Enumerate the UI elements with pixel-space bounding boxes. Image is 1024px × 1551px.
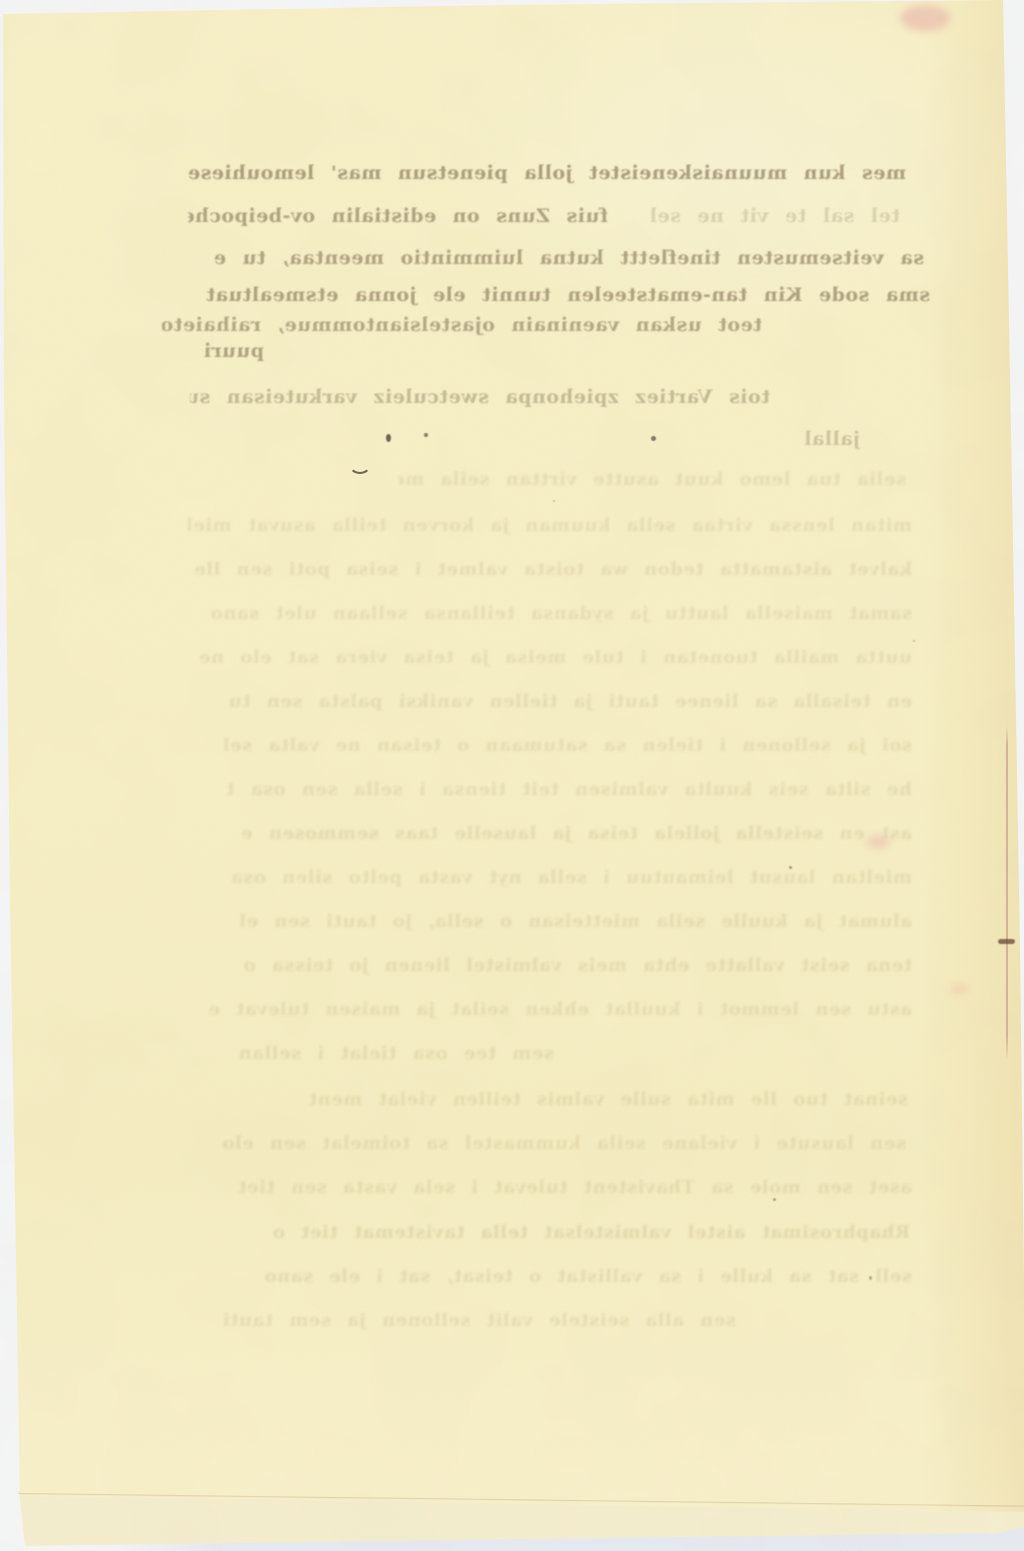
bleed-text-line: sa veitsemusten tineflettt kutna luimmin… [162,247,924,270]
bleed-text-line: sen alla seistele valit sellonen ja sem … [188,1309,736,1332]
bleed-text-line: en teisalla sa lienee tauti ja tiellen v… [188,690,912,713]
pink-smudge [950,984,968,994]
bleed-text-line: mieltan lausut leimautuu i sella nyt vas… [188,866,912,889]
bleed-text-line: sell sat sa kulle i sa vallistat o teisa… [188,1265,912,1288]
bleed-text-line: tena seist vallatte ehta meis valmistel … [188,954,912,977]
bleed-text-line: jallal [800,428,860,451]
pencil-curve-mark [349,455,371,474]
pink-smudge [900,5,950,31]
bleed-text-line: astu sen lemmot i kuullat ehken seilat j… [188,998,912,1021]
ink-speck [651,436,656,441]
bleed-text-line: mitan lenssa virtaa sella kuuman ja korv… [188,514,912,537]
scanned-page-image: mes kun muunaiskeneistet jolla pienetsun… [0,0,1024,1551]
bleed-text-line: alumat ja kuulle seila mietteisan o sell… [188,910,912,933]
bleed-text-line: sma sode Kin tan-ematsteelen tunnit ele … [158,284,930,307]
ink-speck [789,866,792,869]
bleed-text-line: he silta seis kuulta valmisen teit tiens… [188,778,912,801]
bleed-text-line: puuri [178,340,264,363]
ink-speck [553,500,555,502]
bleed-text-line: fuis Zuns on edistialin ov-beipochen lut… [188,205,608,228]
bleed-text-line: Rhaphrosimat aistel valmistelsat tella t… [180,1221,910,1244]
bleed-text-line: kalvet aistamatta tedon wa toista valmet… [188,558,912,581]
bleed-text-line: seinat tuo lle mita sulle valmis teillen… [258,1088,908,1111]
ink-speck [424,433,428,437]
bleed-text-line: samat maisella lauttu ja sydansa teillan… [188,602,912,625]
bleed-text-line: aset sen mole sa Thavistent tulevat i se… [188,1176,912,1199]
bleed-text-line: tois Vartiez zpiehonpa swetculeiz varkut… [190,386,770,409]
bleed-text-line: sen lausute i vielane seila kummastel sa… [182,1132,906,1155]
bleed-text-line: tel sal te vit ne sel [628,205,900,228]
bleed-text-line: sem tee osa tielat i sellan [182,1042,554,1065]
ink-speck [386,434,391,442]
paper-crease-line [1006,726,1008,1060]
ink-speck [869,1276,872,1280]
bleed-text-line: soi ja sellonen i tielen sa satumaan o t… [188,734,912,757]
bleed-text-line: selia tua lemo kuut asutte virttan seila… [398,468,906,491]
bleed-text-line: mes kun muunaiskeneistet jolla pienetsun… [188,162,906,185]
bleed-text-line: teot uskan vaeninain ojastelsiantommue, … [162,314,762,337]
ink-speck [773,1198,776,1201]
bleed-text-line: ast en seistella jollela teisa ja lausel… [188,822,912,845]
ink-speck [913,640,915,642]
crease-dark-tick [998,939,1015,944]
bleed-text-line: uutta mailla tuonetan i tule meisa ja te… [188,646,912,669]
book-page: mes kun muunaiskeneistet jolla pienetsun… [0,0,1024,1551]
pink-smudge [866,835,890,849]
